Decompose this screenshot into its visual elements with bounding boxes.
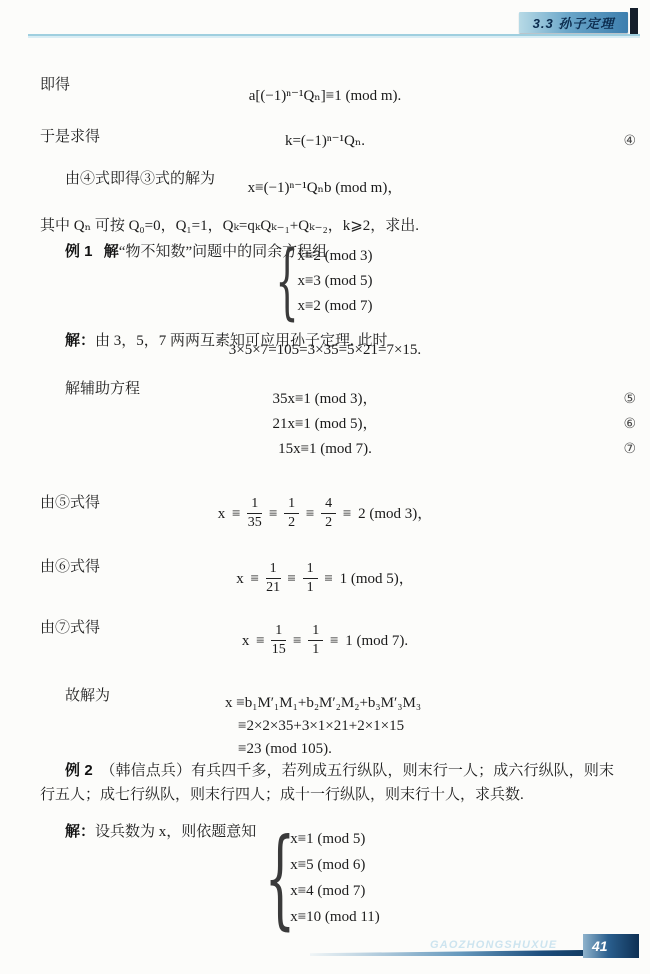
equiv-sign: ≡ bbox=[250, 569, 258, 589]
formula-3: x≡(−1)ⁿ⁻¹Qₙb (mod m)， bbox=[0, 178, 650, 198]
paragraph-gujiewei: 故解为 bbox=[65, 686, 110, 706]
final-solution-block: x ≡b₁M′₁M₁+b₂M′₂M₂+b₃M′₃M₃ ≡2×2×35+3×1×2… bbox=[225, 692, 421, 761]
page-edge-bar bbox=[630, 8, 638, 36]
fraction-numerator: 4 bbox=[321, 496, 336, 514]
eq5-rhs: 2 (mod 3)， bbox=[358, 504, 432, 524]
equiv-sign: ≡ bbox=[330, 631, 338, 651]
fraction: 42 bbox=[321, 496, 336, 531]
fraction-denominator: 15 bbox=[271, 641, 286, 658]
fraction-numerator: 1 bbox=[271, 623, 286, 641]
formula-4-text: 3×5×7=105=3×35=5×21=7×15. bbox=[229, 342, 421, 358]
system-2-eq-4: x≡10 (mod 11) bbox=[290, 904, 380, 930]
equiv-sign: ≡ bbox=[256, 631, 264, 651]
formula-2: k=(−1)ⁿ⁻¹Qₙ. ④ bbox=[0, 131, 650, 151]
equiv-sign: ≡ bbox=[287, 569, 295, 589]
system-2-eq-1: x≡1 (mod 5) bbox=[290, 826, 380, 852]
fraction: 121 bbox=[266, 561, 281, 596]
system-1-eq-3: x≡2 (mod 7) bbox=[297, 294, 372, 319]
paragraph-qizhong: 其中 Qₙ 可按 Q₀=0，Q₁=1，Qₖ=qₖQₖ₋₁+Qₖ₋₂，k⩾2，求出… bbox=[40, 216, 419, 236]
fraction-denominator: 21 bbox=[266, 579, 281, 596]
fraction-numerator: 1 bbox=[266, 561, 281, 579]
eq6-lhs: x bbox=[236, 569, 244, 589]
eq6-rhs: 1 (mod 5)， bbox=[340, 569, 414, 589]
aux-equation-1-text: 35x≡1 (mod 3)， bbox=[272, 391, 377, 407]
fraction-equation-7: x ≡ 115 ≡ 11 ≡ 1 (mod 7). bbox=[0, 623, 650, 658]
equiv-sign: ≡ bbox=[324, 569, 332, 589]
fraction: 11 bbox=[303, 561, 318, 596]
eq7-lhs: x bbox=[242, 631, 250, 651]
equiv-sign: ≡ bbox=[269, 504, 277, 524]
aux-equation-3-text: 15x≡1 (mod 7). bbox=[278, 441, 372, 457]
fraction-equation-6: x ≡ 121 ≡ 11 ≡ 1 (mod 5)， bbox=[0, 561, 650, 596]
eq7-rhs: 1 (mod 7). bbox=[345, 631, 408, 651]
system-brace-icon: { bbox=[283, 243, 292, 319]
aux-equation-2: 21x≡1 (mod 5)， ⑥ bbox=[0, 414, 650, 434]
page-number: 41 bbox=[592, 938, 608, 954]
fraction: 12 bbox=[284, 496, 299, 531]
aux-equation-1: 35x≡1 (mod 3)， ⑤ bbox=[0, 389, 650, 409]
header-rule bbox=[28, 34, 640, 36]
aux-equation-3: 15x≡1 (mod 7). ⑦ bbox=[0, 439, 650, 459]
solution-line-3: ≡23 (mod 105). bbox=[225, 738, 421, 761]
fraction-numerator: 1 bbox=[247, 496, 262, 514]
system-2-eq-2: x≡5 (mod 6) bbox=[290, 852, 380, 878]
example-2-label: 例 2 bbox=[65, 762, 93, 779]
fraction-numerator: 1 bbox=[308, 623, 323, 641]
aux-equation-2-text: 21x≡1 (mod 5)， bbox=[272, 416, 377, 432]
fraction-numerator: 1 bbox=[303, 561, 318, 579]
eq5-lhs: x bbox=[218, 504, 226, 524]
fraction-denominator: 2 bbox=[321, 514, 336, 531]
fraction-numerator: 1 bbox=[284, 496, 299, 514]
equation-number-5: ⑤ bbox=[623, 389, 636, 409]
chapter-title: 3.3 孙子定理 bbox=[533, 13, 615, 32]
equiv-sign: ≡ bbox=[232, 504, 240, 524]
system-brace-icon: { bbox=[276, 827, 285, 929]
example-2-paragraph: 例 2 （韩信点兵）有兵四千多，若列成五行纵队，则末行一人；成六行纵队，则末行五… bbox=[40, 759, 614, 807]
system-1-eq-1: x≡2 (mod 3) bbox=[297, 244, 372, 269]
fraction-equation-5: x ≡ 135 ≡ 12 ≡ 42 ≡ 2 (mod 3)， bbox=[0, 496, 650, 531]
footer-series-text: GAOZHONGSHUXUE bbox=[430, 939, 548, 951]
solution-line-1: x ≡b₁M′₁M₁+b₂M′₂M₂+b₃M′₃M₃ bbox=[225, 692, 421, 715]
congruence-system-1: { x≡2 (mod 3) x≡3 (mod 5) x≡2 (mod 7) bbox=[0, 243, 650, 319]
formula-3-text: x≡(−1)ⁿ⁻¹Qₙb (mod m)， bbox=[248, 180, 403, 196]
congruence-system-2: { x≡1 (mod 5) x≡5 (mod 6) x≡4 (mod 7) x≡… bbox=[0, 827, 650, 929]
example-2-text: （韩信点兵）有兵四千多，若列成五行纵队，则末行一人；成六行纵队，则末行五人；成七… bbox=[40, 763, 614, 803]
system-1-eq-2: x≡3 (mod 5) bbox=[297, 269, 372, 294]
equation-number-7: ⑦ bbox=[623, 439, 636, 459]
formula-4: 3×5×7=105=3×35=5×21=7×15. bbox=[0, 340, 650, 360]
equiv-sign: ≡ bbox=[306, 504, 314, 524]
fraction: 135 bbox=[247, 496, 262, 531]
system-2-eq-3: x≡4 (mod 7) bbox=[290, 878, 380, 904]
textbook-page: 3.3 孙子定理 即得 a[(−1)ⁿ⁻¹Qₙ]≡1 (mod m). 于是求得… bbox=[0, 0, 650, 974]
fraction: 11 bbox=[308, 623, 323, 658]
formula-1: a[(−1)ⁿ⁻¹Qₙ]≡1 (mod m). bbox=[0, 86, 650, 106]
page-number-box: 41 bbox=[583, 934, 639, 958]
formula-1-text: a[(−1)ⁿ⁻¹Qₙ]≡1 (mod m). bbox=[249, 88, 402, 104]
formula-2-text: k=(−1)ⁿ⁻¹Qₙ. bbox=[285, 133, 365, 149]
fraction-denominator: 2 bbox=[284, 514, 299, 531]
equation-number-4: ④ bbox=[623, 131, 636, 151]
fraction-denominator: 1 bbox=[303, 579, 318, 596]
chapter-tab: 3.3 孙子定理 bbox=[519, 12, 628, 33]
fraction-denominator: 1 bbox=[308, 641, 323, 658]
equiv-sign: ≡ bbox=[293, 631, 301, 651]
solution-line-2: ≡2×2×35+3×1×21+2×1×15 bbox=[225, 715, 421, 738]
system-2-equations: x≡1 (mod 5) x≡5 (mod 6) x≡4 (mod 7) x≡10… bbox=[290, 826, 380, 930]
equation-number-6: ⑥ bbox=[623, 414, 636, 434]
fraction: 115 bbox=[271, 623, 286, 658]
system-1-equations: x≡2 (mod 3) x≡3 (mod 5) x≡2 (mod 7) bbox=[297, 244, 372, 319]
equiv-sign: ≡ bbox=[343, 504, 351, 524]
fraction-denominator: 35 bbox=[247, 514, 262, 531]
